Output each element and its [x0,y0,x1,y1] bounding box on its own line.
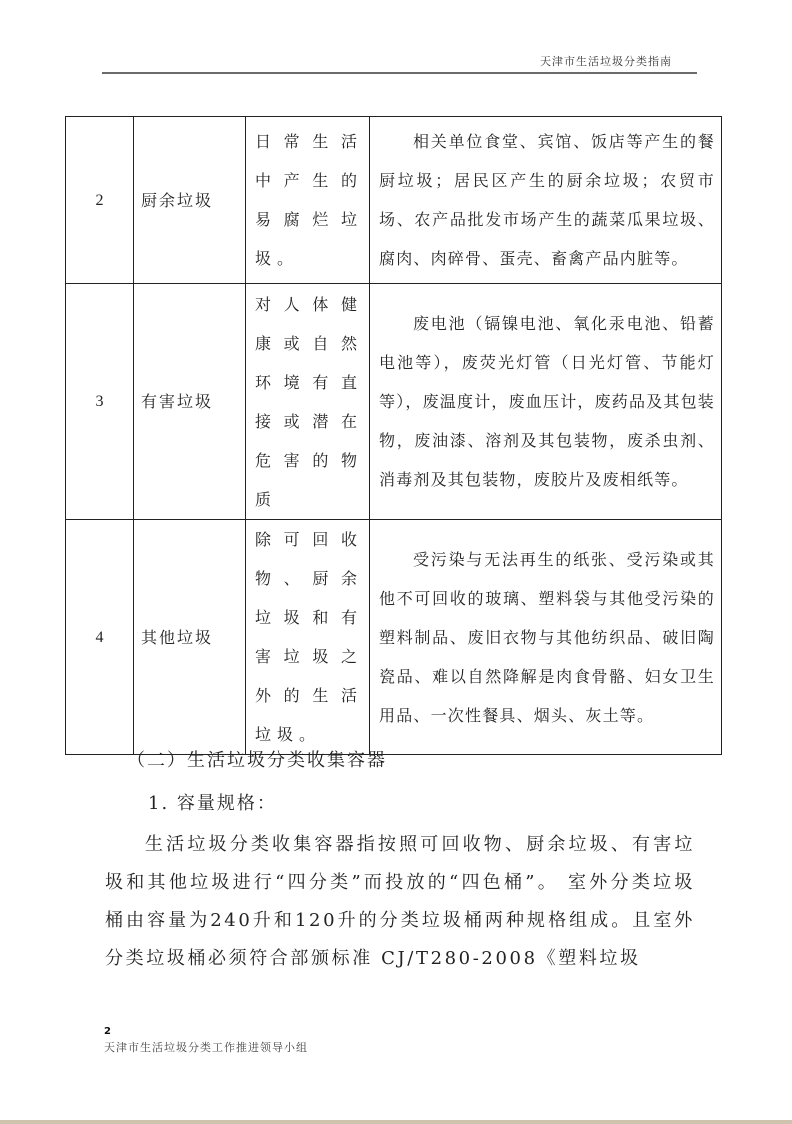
waste-category-table: 2 厨余垃圾 日常生活中产生的易腐烂垃圾。 相关单位食堂、宾馆、饭店等产生的餐厨… [65,116,722,755]
body-paragraph: 生活垃圾分类收集容器指按照可回收物、厨余垃圾、有害垃圾和其他垃圾进行“四分类”而… [105,826,695,978]
category-definition: 对人体健康或自然环境有直接或潜在危害的物质 [246,285,369,519]
category-definition: 除可回收物、厨余垃圾和有害垃圾之外的生活垃圾。 [246,520,369,754]
category-examples-cell: 废电池（镉镍电池、氧化汞电池、铅蓄电池等），废荧光灯管（日光灯管、节能灯等），废… [370,284,722,520]
category-examples-cell: 受污染与无法再生的纸张、受污染或其他不可回收的玻璃、塑料袋与其他受污染的塑料制品… [370,520,722,755]
category-name: 厨余垃圾 [134,117,246,284]
category-examples: 受污染与无法再生的纸张、受污染或其他不可回收的玻璃、塑料袋与其他受污染的塑料制品… [370,540,721,735]
page-bottom-band [0,1120,792,1124]
table-row: 3 有害垃圾 对人体健康或自然环境有直接或潜在危害的物质 废电池（镉镍电池、氧化… [66,284,722,520]
category-definition-cell: 除可回收物、厨余垃圾和有害垃圾之外的生活垃圾。 [246,520,370,755]
category-name: 有害垃圾 [134,284,246,520]
page-number: 2 [104,1026,111,1037]
footer-organization: 天津市生活垃圾分类工作推进领导小组 [104,1039,308,1055]
row-number: 4 [66,520,134,755]
category-name: 其他垃圾 [134,520,246,755]
section-heading: （二）生活垃圾分类收集容器 [127,746,387,772]
table-row: 4 其他垃圾 除可回收物、厨余垃圾和有害垃圾之外的生活垃圾。 受污染与无法再生的… [66,520,722,755]
category-examples-cell: 相关单位食堂、宾馆、饭店等产生的餐厨垃圾；居民区产生的厨余垃圾；农贸市场、农产品… [370,117,722,284]
table-row: 2 厨余垃圾 日常生活中产生的易腐烂垃圾。 相关单位食堂、宾馆、饭店等产生的餐厨… [66,117,722,284]
sub-heading: 1. 容量规格： [148,789,277,815]
category-definition-cell: 对人体健康或自然环境有直接或潜在危害的物质 [246,284,370,520]
running-header-title: 天津市生活垃圾分类指南 [540,53,700,69]
row-number: 2 [66,117,134,284]
header-rule [102,72,697,74]
category-definition: 日常生活中产生的易腐烂垃圾。 [246,122,369,278]
row-number: 3 [66,284,134,520]
category-examples: 废电池（镉镍电池、氧化汞电池、铅蓄电池等），废荧光灯管（日光灯管、节能灯等），废… [370,304,721,499]
category-examples: 相关单位食堂、宾馆、饭店等产生的餐厨垃圾；居民区产生的厨余垃圾；农贸市场、农产品… [370,122,721,278]
category-definition-cell: 日常生活中产生的易腐烂垃圾。 [246,117,370,284]
